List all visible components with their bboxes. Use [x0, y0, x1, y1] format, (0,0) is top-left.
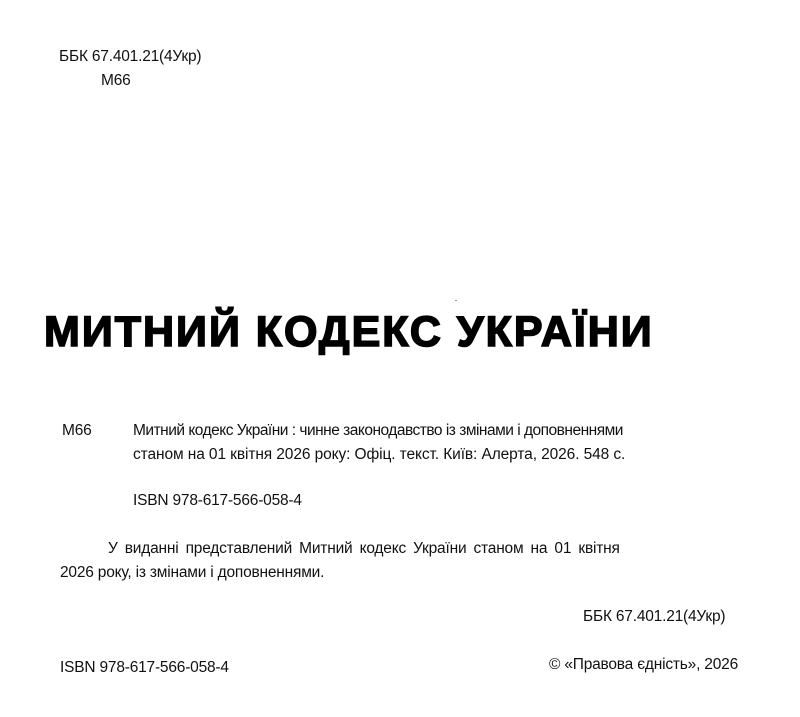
- scan-speck: [455, 300, 457, 301]
- copyright-notice: © «Правова єдність», 2026: [549, 656, 738, 674]
- catalog-isbn: ISBN 978-617-566-058-4: [133, 492, 302, 510]
- catalog-author-mark: М66: [62, 422, 92, 440]
- bbk-classification-bottom: ББК 67.401.21(4Укр): [583, 608, 725, 626]
- author-mark-top: М66: [101, 72, 131, 90]
- annotation-line-2: 2026 року, із змінами і доповненнями.: [60, 564, 324, 582]
- annotation-line-1: У виданні представлений Митний кодекс Ук…: [108, 540, 620, 558]
- book-title: МИТНИЙ КОДЕКС УКРАЇНИ: [44, 308, 654, 357]
- catalog-description-line-1: Митний кодекс України : чинне законодавс…: [133, 422, 623, 440]
- isbn-footer: ISBN 978-617-566-058-4: [60, 659, 229, 677]
- bbk-classification-top: ББК 67.401.21(4Укр): [59, 48, 201, 66]
- catalog-description-line-2: станом на 01 квітня 2026 року: Офіц. тек…: [133, 446, 625, 464]
